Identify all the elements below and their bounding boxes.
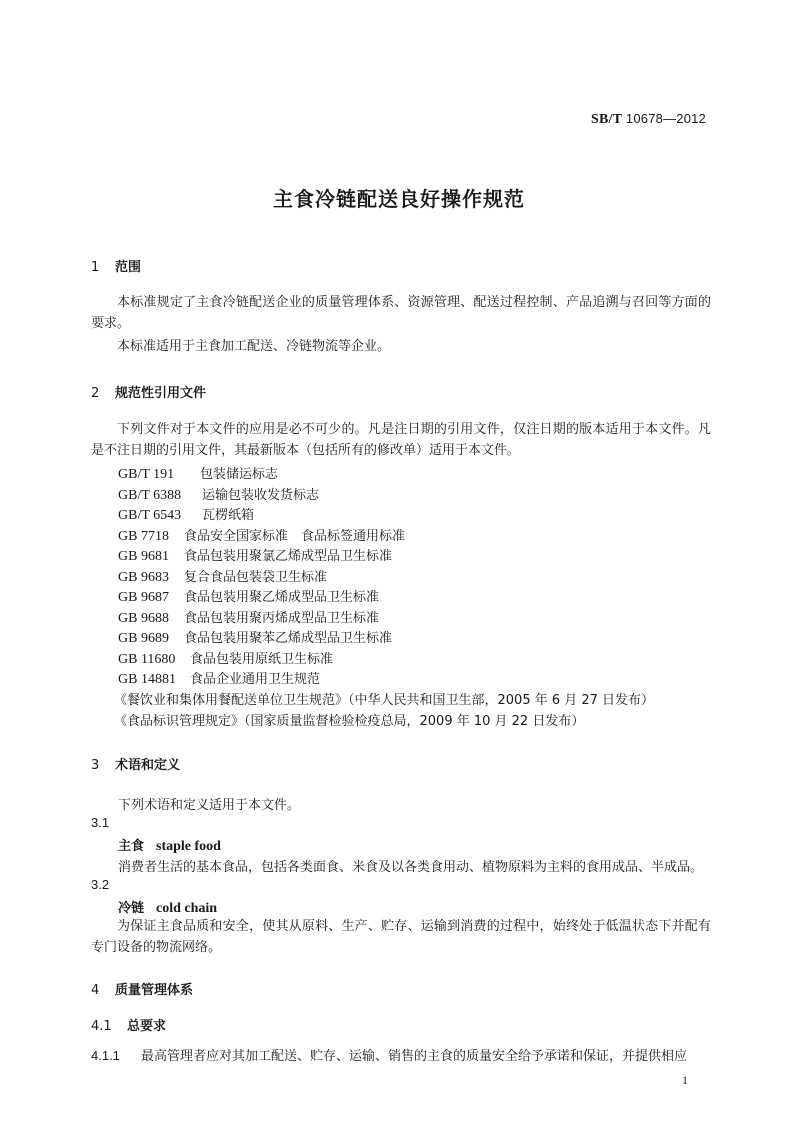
reference-title: 食品企业通用卫生规范 [190, 672, 320, 687]
reference-item: GB 14881食品企业通用卫生规范 [118, 668, 320, 688]
reference-item: GB 7718食品安全国家标准 食品标签通用标准 [118, 525, 405, 545]
section-number: 4 [91, 983, 115, 998]
term-heading: 主食staple food [118, 835, 221, 855]
reference-code: GB 9683 [118, 570, 184, 586]
section-2-intro: 下列文件对于本文件的应用是必不可少的。凡是注日期的引用文件，仅注日期的版本适用于… [91, 419, 711, 461]
section-2-heading: 2规范性引用文件 [91, 382, 206, 401]
clause-4-1-1: 4.1.1最高管理者应对其加工配送、贮存、运输、销售的主食的质量安全给予承诺和保… [91, 1045, 687, 1064]
section-title: 术语和定义 [115, 758, 180, 773]
standard-code: SB/T 10678—2012 [591, 111, 706, 128]
standard-prefix: SB/T [591, 112, 622, 127]
reference-title: 食品包装用聚氯乙烯成型品卫生标准 [184, 549, 392, 564]
reference-item: GB/T 6543瓦楞纸箱 [118, 504, 254, 524]
reference-title: 食品包装用聚丙烯成型品卫生标准 [184, 611, 379, 626]
section-1-paragraph-1: 本标准规定了主食冷链配送企业的质量管理体系、资源管理、配送过程控制、产品追溯与召… [91, 292, 711, 334]
reference-title: 瓦楞纸箱 [202, 508, 254, 523]
term-number: 3.1 [91, 815, 109, 830]
reference-code: GB 9681 [118, 549, 184, 565]
standard-number: 10678—2012 [626, 111, 706, 126]
term-zh: 冷链 [118, 901, 144, 916]
reference-title: 食品包装用聚乙烯成型品卫生标准 [184, 590, 379, 605]
section-3-heading: 3术语和定义 [91, 754, 180, 773]
reference-code: GB/T 191 [118, 467, 200, 483]
reference-title: 复合食品包装袋卫生标准 [184, 570, 327, 585]
term-en: staple food [156, 839, 221, 854]
section-number: 2 [91, 386, 115, 401]
other-reference: 《食品标识管理规定》（国家质量监督检验检疫总局，2009 年 10 月 22 日… [114, 710, 584, 729]
reference-code: GB 14881 [118, 672, 190, 688]
reference-code: GB 11680 [118, 652, 190, 668]
section-number: 1 [91, 260, 115, 275]
reference-code: GB 7718 [118, 529, 184, 545]
reference-title: 食品包装用聚苯乙烯成型品卫生标准 [184, 631, 392, 646]
term-zh: 主食 [118, 839, 144, 854]
subsection-number: 4.1 [91, 1019, 127, 1034]
reference-item: GB/T 6388运输包装收发货标志 [118, 484, 319, 504]
reference-item: GB 9681食品包装用聚氯乙烯成型品卫生标准 [118, 545, 392, 565]
subsection-4-1-heading: 4.1总要求 [91, 1015, 166, 1034]
clause-text: 最高管理者应对其加工配送、贮存、运输、销售的主食的质量安全给予承诺和保证，并提供… [141, 1049, 687, 1064]
reference-code: GB 9689 [118, 631, 184, 647]
reference-item: GB 9688食品包装用聚丙烯成型品卫生标准 [118, 607, 379, 627]
reference-item: GB 11680食品包装用原纸卫生标准 [118, 648, 333, 668]
subsection-title: 总要求 [127, 1019, 166, 1034]
section-4-heading: 4质量管理体系 [91, 979, 193, 998]
term-heading: 冷链cold chain [118, 897, 217, 917]
section-title: 质量管理体系 [115, 983, 193, 998]
other-reference: 《餐饮业和集体用餐配送单位卫生规范》（中华人民共和国卫生部，2005 年 6 月… [114, 689, 654, 708]
reference-title: 食品包装用原纸卫生标准 [190, 652, 333, 667]
reference-code: GB 9688 [118, 611, 184, 627]
term-definition: 为保证主食品质和安全，使其从原料、生产、贮存、运输到消费的过程中，始终处于低温状… [91, 916, 711, 958]
page-number: 1 [682, 1073, 688, 1088]
document-title: 主食冷链配送良好操作规范 [0, 183, 798, 212]
reference-item: GB 9687食品包装用聚乙烯成型品卫生标准 [118, 586, 379, 606]
reference-title: 运输包装收发货标志 [202, 488, 319, 503]
section-1-paragraph-2: 本标准适用于主食加工配送、冷链物流等企业。 [91, 336, 711, 357]
reference-item: GB 9683复合食品包装袋卫生标准 [118, 566, 327, 586]
reference-item: GB 9689食品包装用聚苯乙烯成型品卫生标准 [118, 627, 392, 647]
section-title: 范围 [115, 260, 141, 275]
section-3-intro: 下列术语和定义适用于本文件。 [118, 794, 300, 813]
term-number: 3.2 [91, 877, 109, 892]
term-definition: 消费者生活的基本食品，包括各类面食、米食及以各类食用动、植物原料为主料的食用成品… [118, 856, 703, 875]
reference-code: GB/T 6543 [118, 508, 202, 524]
section-1-heading: 1范围 [91, 256, 141, 275]
reference-item: GB/T 191包装储运标志 [118, 463, 278, 483]
reference-code: GB 9687 [118, 590, 184, 606]
section-number: 3 [91, 758, 115, 773]
clause-number: 4.1.1 [91, 1048, 141, 1063]
reference-title: 食品安全国家标准 食品标签通用标准 [184, 529, 405, 544]
reference-code: GB/T 6388 [118, 488, 202, 504]
term-en: cold chain [156, 901, 217, 916]
reference-title: 包装储运标志 [200, 467, 278, 482]
section-title: 规范性引用文件 [115, 386, 206, 401]
